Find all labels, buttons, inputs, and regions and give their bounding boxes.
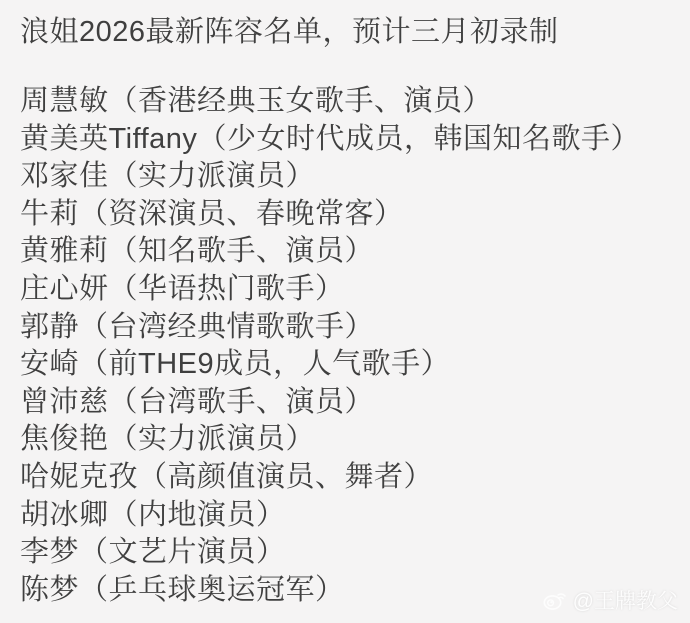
watermark-handle: @王牌教父	[573, 585, 678, 615]
member-name: 黄雅莉	[20, 235, 109, 267]
watermark: @王牌教父	[542, 585, 678, 615]
member-name: 安崎	[20, 348, 79, 380]
roster-row: 哈妮克孜（高颜值演员、舞者）	[20, 459, 672, 497]
roster-row: 郭静（台湾经典情歌歌手）	[20, 309, 672, 347]
roster-row: 李梦（文艺片演员）	[20, 534, 672, 572]
blank-line	[20, 52, 672, 83]
member-name: 哈妮克孜	[20, 461, 138, 493]
member-name: 李梦	[20, 536, 79, 568]
roster-row: 胡冰卿（内地演员）	[20, 497, 672, 535]
roster-row: 黄雅莉（知名歌手、演员）	[20, 233, 672, 271]
member-desc: （文艺片演员）	[79, 536, 286, 568]
member-name: 陈梦	[20, 574, 79, 606]
member-desc: （资深演员、春晚常客）	[79, 198, 404, 230]
member-desc: （华语热门歌手）	[109, 273, 345, 305]
member-desc: （内地演员）	[109, 499, 286, 531]
member-name: 黄美英Tiffany	[20, 123, 197, 155]
member-name: 焦俊艳	[20, 423, 109, 455]
weibo-logo-icon	[542, 589, 568, 611]
member-name: 庄心妍	[20, 273, 109, 305]
member-desc: （香港经典玉女歌手、演员）	[109, 85, 493, 117]
roster-list: 周慧敏（香港经典玉女歌手、演员） 黄美英Tiffany（少女时代成员，韩国知名歌…	[20, 83, 672, 609]
member-desc: （高颜值演员、舞者）	[138, 461, 433, 493]
member-desc: （实力派演员）	[109, 160, 316, 192]
member-desc: （前THE9成员，人气歌手）	[79, 348, 450, 380]
roster-row: 牛莉（资深演员、春晚常客）	[20, 196, 672, 234]
member-name: 牛莉	[20, 198, 79, 230]
member-name: 曾沛慈	[20, 386, 109, 418]
member-name: 周慧敏	[20, 85, 109, 117]
member-name: 胡冰卿	[20, 499, 109, 531]
roster-row: 安崎（前THE9成员，人气歌手）	[20, 346, 672, 384]
roster-row: 曾沛慈（台湾歌手、演员）	[20, 384, 672, 422]
post-title: 浪姐2026最新阵容名单，预计三月初录制	[20, 12, 672, 52]
member-desc: （乒乓球奥运冠军）	[79, 574, 345, 606]
roster-row: 周慧敏（香港经典玉女歌手、演员）	[20, 83, 672, 121]
member-desc: （台湾经典情歌歌手）	[79, 311, 374, 343]
member-name: 邓家佳	[20, 160, 109, 192]
roster-row: 黄美英Tiffany（少女时代成员，韩国知名歌手）	[20, 121, 672, 159]
member-desc: （实力派演员）	[109, 423, 316, 455]
roster-row: 焦俊艳（实力派演员）	[20, 421, 672, 459]
member-desc: （台湾歌手、演员）	[109, 386, 375, 418]
member-name: 郭静	[20, 311, 79, 343]
member-desc: （少女时代成员，韩国知名歌手）	[197, 123, 640, 155]
member-desc: （知名歌手、演员）	[109, 235, 375, 267]
post-image: 浪姐2026最新阵容名单，预计三月初录制 周慧敏（香港经典玉女歌手、演员） 黄美…	[0, 0, 690, 623]
roster-row: 庄心妍（华语热门歌手）	[20, 271, 672, 309]
roster-row: 邓家佳（实力派演员）	[20, 158, 672, 196]
